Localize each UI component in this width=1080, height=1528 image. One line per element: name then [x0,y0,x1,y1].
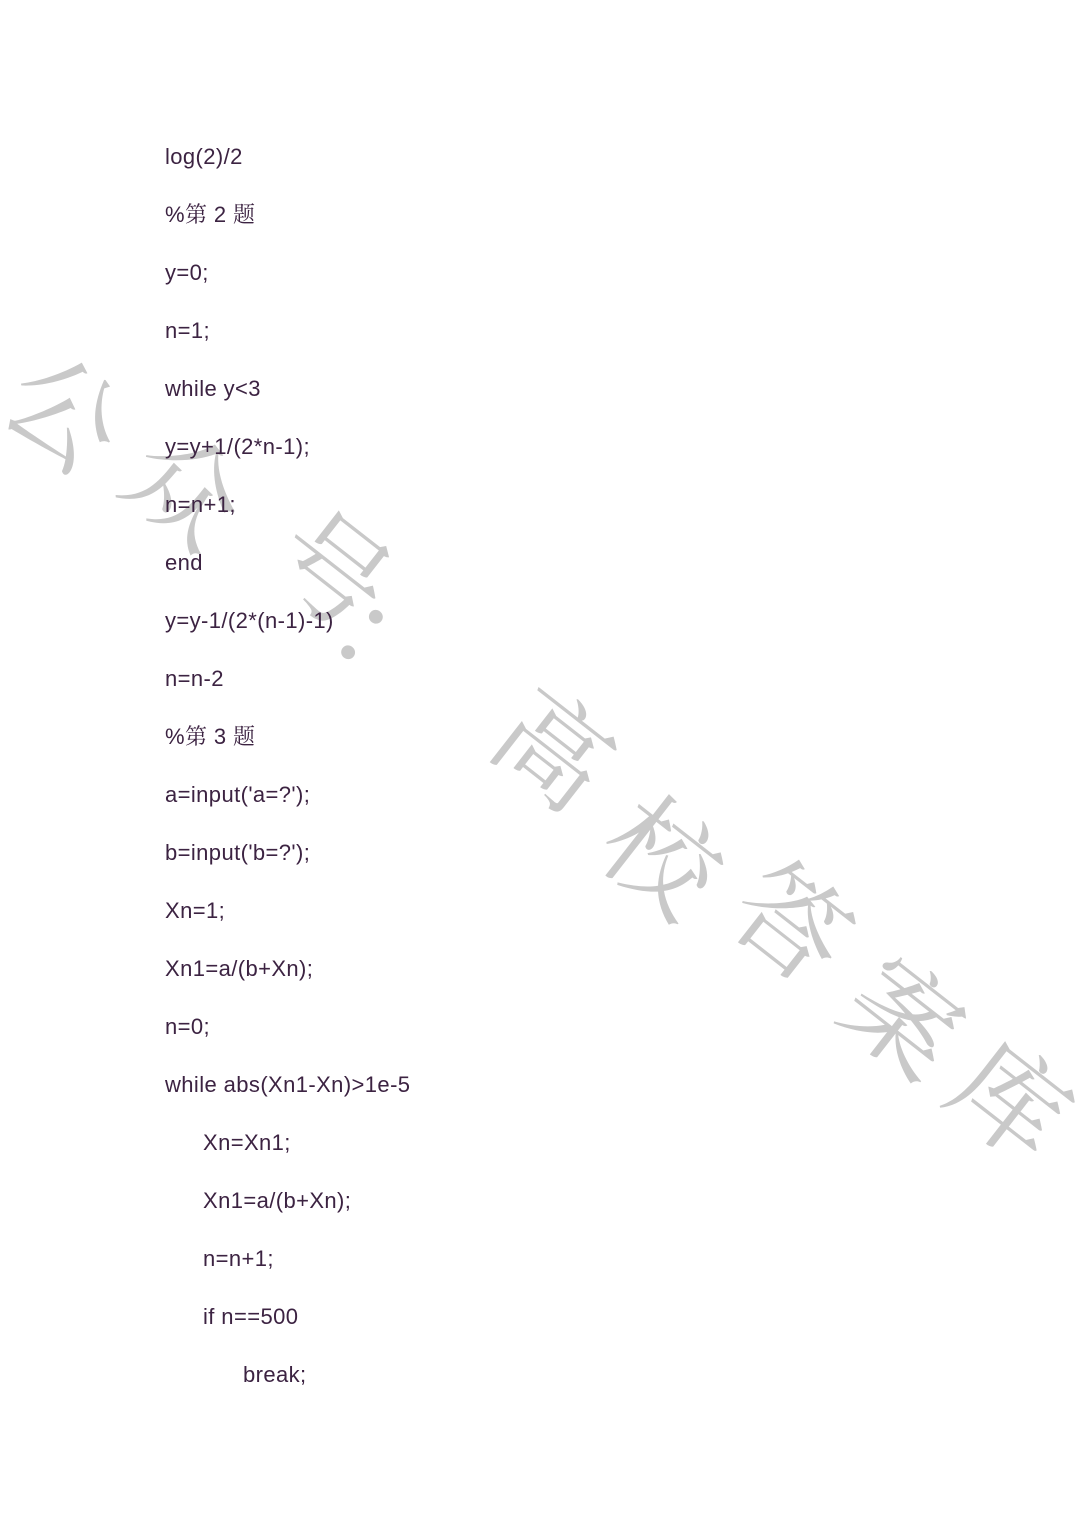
code-line: while y<3 [165,360,410,418]
code-line: y=0; [165,244,410,302]
code-line: %第 2 题 [165,186,410,244]
code-line: b=input('b=?'); [165,824,410,882]
watermark-character: 公 [0,337,141,494]
code-line: y=y-1/(2*(n-1)-1) [165,592,410,650]
code-line: Xn1=a/(b+Xn); [165,1172,410,1230]
code-line: n=0; [165,998,410,1056]
code-line: a=input('a=?'); [165,766,410,824]
watermark-character: 案 [822,942,979,1099]
code-line: Xn1=a/(b+Xn); [165,940,410,998]
code-line: %第 3 题 [165,708,410,766]
code-area: log(2)/2%第 2 题y=0;n=1;while y<3y=y+1/(2*… [165,128,410,1404]
watermark-character: 答 [711,846,868,1003]
code-line: break; [165,1346,410,1404]
code-line: while abs(Xn1-Xn)>1e-5 [165,1056,410,1114]
code-line: n=1; [165,302,410,360]
code-line: y=y+1/(2*n-1); [165,418,410,476]
watermark-character: 库 [929,1024,1080,1181]
code-line: n=n-2 [165,650,410,708]
watermark: 公众号：高校答案库 [0,0,1080,1528]
watermark-character: 校 [581,781,738,938]
code-line: Xn=Xn1; [165,1114,410,1172]
watermark-character: 高 [472,673,629,830]
code-line: end [165,534,410,592]
document-page: 公众号：高校答案库 log(2)/2%第 2 题y=0;n=1;while y<… [0,0,1080,1528]
code-line: n=n+1; [165,476,410,534]
code-line: n=n+1; [165,1230,410,1288]
code-line: Xn=1; [165,882,410,940]
code-line: log(2)/2 [165,128,410,186]
code-line: if n==500 [165,1288,410,1346]
